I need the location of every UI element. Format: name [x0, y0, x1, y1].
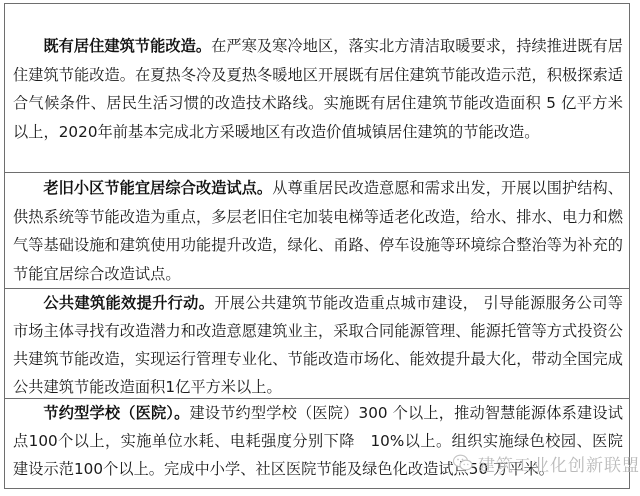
section-title: 老旧小区节能宜居综合改造试点。 [43, 179, 272, 197]
paragraph: 既有居住建筑节能改造。在严寒及寒冷地区，落实北方清洁取暖要求，持续推进既有居住建… [13, 32, 623, 146]
paragraph: 节约型学校（医院）。建设节约型学校（医院）300 个以上，推动智慧能源体系建设试… [13, 399, 623, 483]
section-title: 既有居住建筑节能改造。 [43, 37, 211, 55]
section-existing-residential: 既有居住建筑节能改造。在严寒及寒冷地区，落实北方清洁取暖要求，持续推进既有居住建… [5, 4, 629, 172]
section-title: 公共建筑能效提升行动。 [43, 294, 214, 312]
section-schools-hospitals: 节约型学校（医院）。建设节约型学校（医院）300 个以上，推动智慧能源体系建设试… [5, 398, 629, 490]
section-public-buildings: 公共建筑能效提升行动。开展公共建筑节能改造重点城市建设， 引导能源服务公司等市场… [5, 288, 629, 398]
paragraph: 老旧小区节能宜居综合改造试点。从尊重居民改造意愿和需求出发，开展以围护结构、 供… [13, 174, 623, 288]
section-title: 节约型学校（医院）。 [43, 404, 189, 422]
section-old-community: 老旧小区节能宜居综合改造试点。从尊重居民改造意愿和需求出发，开展以围护结构、 供… [5, 172, 629, 288]
paragraph: 公共建筑能效提升行动。开展公共建筑节能改造重点城市建设， 引导能源服务公司等市场… [13, 289, 623, 401]
policy-table: 既有居住建筑节能改造。在严寒及寒冷地区，落实北方清洁取暖要求，持续推进既有居住建… [4, 3, 630, 489]
